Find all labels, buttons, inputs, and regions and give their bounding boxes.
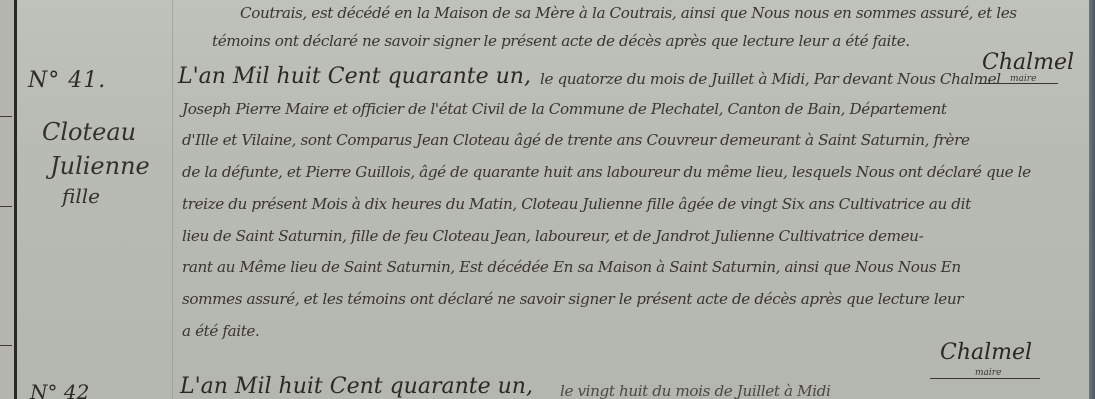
previous-entry-line: témoins ont déclaré ne savoir signer le … [212,32,910,50]
entry-line: lieu de Saint Saturnin, fille de feu Clo… [182,227,923,245]
mayor-signature: Chalmel [940,340,1032,365]
deceased-surname: Cloteau [42,118,136,146]
margin-tick [0,206,12,207]
entry-line: de la défunte, et Pierre Guillois, âgé d… [182,163,1031,181]
deceased-status: fille [62,184,100,208]
signature-underline [930,378,1040,379]
entry-line: le quatorze du mois de Juillet à Midi, P… [540,70,1001,88]
entry-opening: L'an Mil huit Cent quarante un, [178,64,531,89]
left-ruled-line [14,0,17,399]
entry-line: treize du présent Mois à dix heures du M… [182,195,971,213]
next-act-number: N° 42 [30,380,89,399]
act-number: N° 41. [28,68,106,93]
next-entry-line: le vingt huit du mois de Juillet à Midi [560,382,830,399]
entry-line: rant au Même lieu de Saint Saturnin, Est… [182,258,961,276]
previous-page-margin-strip [0,0,14,399]
signature-title: maire [1010,74,1036,84]
previous-entry-line: Coutrais, est décédé en la Maison de sa … [240,4,1017,22]
mayor-signature: Chalmel [982,50,1074,75]
signature-title: maire [975,368,1001,378]
entry-line: a été faite. [182,322,259,340]
entry-line: d'Ille et Vilaine, sont Comparus Jean Cl… [182,131,970,149]
margin-tick [0,345,12,346]
next-entry-opening: L'an Mil huit Cent quarante un, [180,374,533,399]
margin-ruled-line [172,0,173,399]
entry-line: sommes assuré, et les témoins ont déclar… [182,290,963,308]
margin-tick [0,116,12,117]
deceased-given-name: Julienne [50,152,150,180]
entry-line: Joseph Pierre Maire et officier de l'éta… [182,100,947,118]
binding-edge [1089,0,1095,399]
register-page: Coutrais, est décédé en la Maison de sa … [0,0,1095,399]
